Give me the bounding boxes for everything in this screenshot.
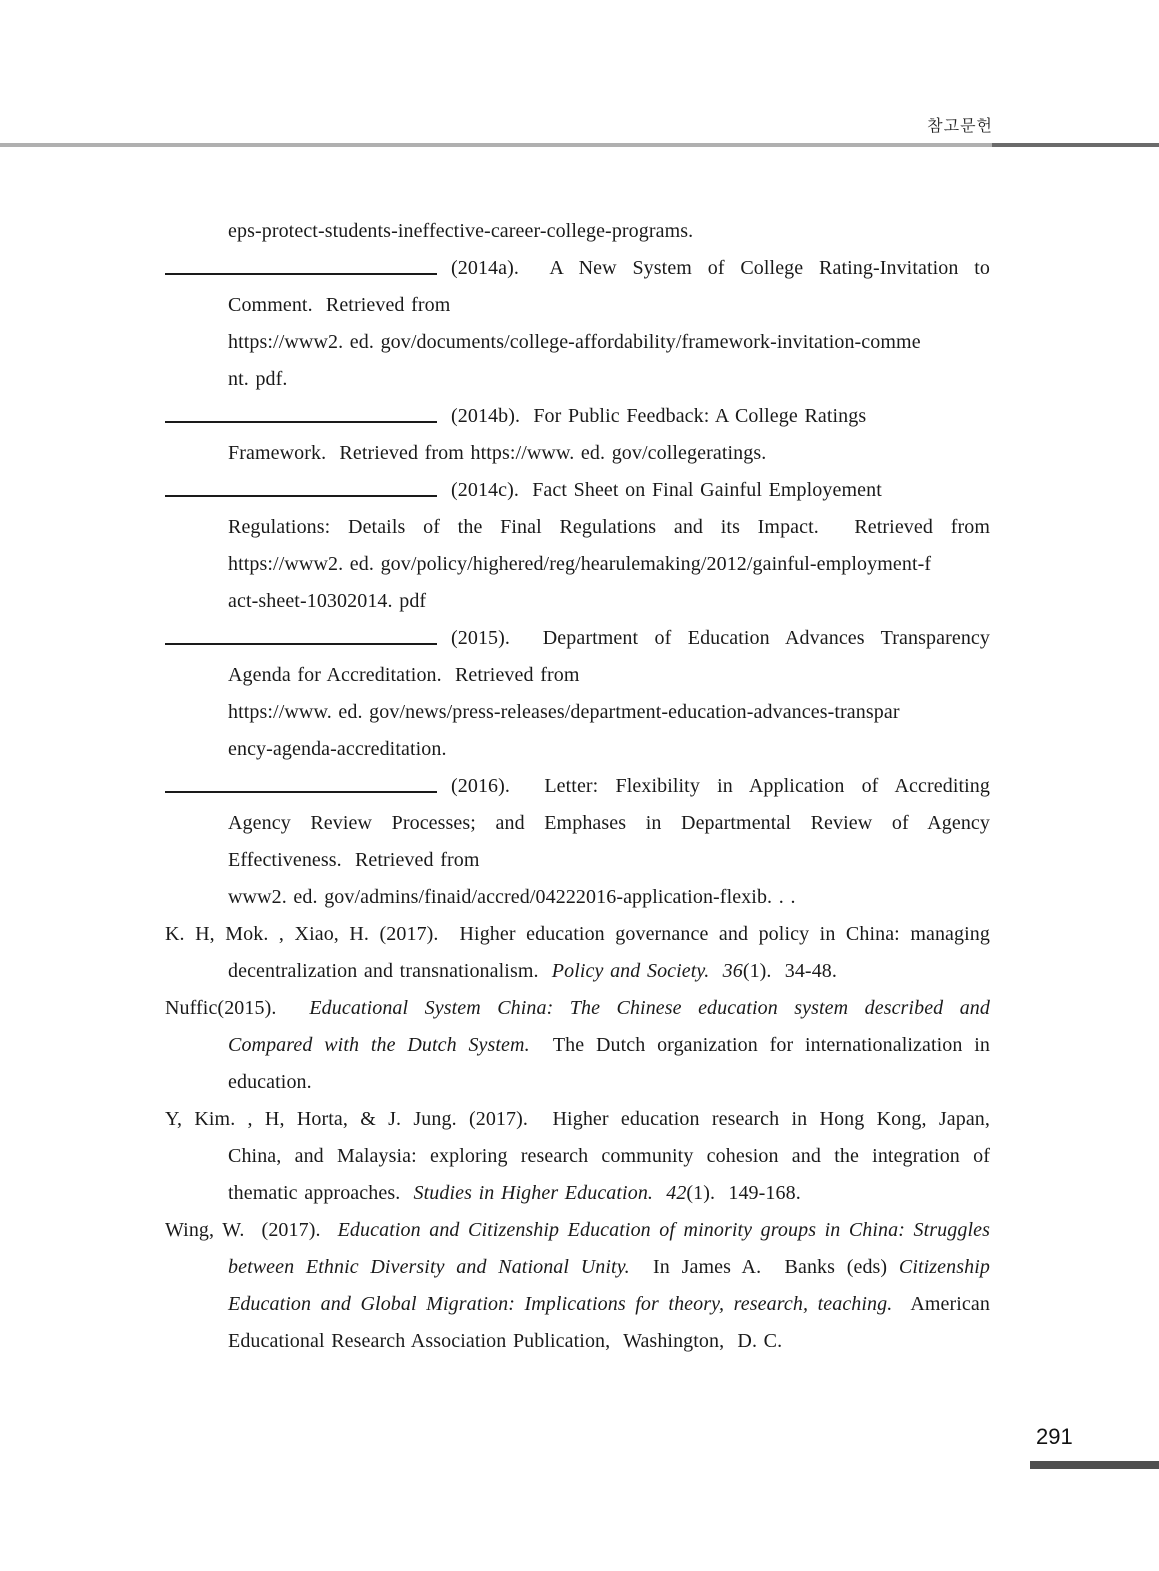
reference-text: Agency Review Processes; and Emphases in…	[228, 812, 990, 834]
reference-line: Agency Review Processes; and Emphases in…	[228, 805, 990, 842]
references-list: eps-protect-students-ineffective-career-…	[165, 213, 990, 1360]
reference-text: (2016). Letter: Flexibility in Applicati…	[451, 775, 990, 797]
author-blank-underline	[165, 421, 437, 423]
reference-line: nt. pdf.	[228, 361, 990, 398]
reference-line: ency-agenda-accreditation.	[228, 731, 990, 768]
reference-text: Framework. Retrieved from https://www. e…	[228, 442, 766, 464]
reference-text: https://www2. ed. gov/policy/highered/re…	[228, 553, 931, 575]
reference-line: eps-protect-students-ineffective-career-…	[228, 213, 990, 250]
header-rule-dark-segment	[992, 143, 1159, 147]
reference-title-italic: Education and Citizenship Education of m…	[338, 1219, 990, 1241]
author-blank-underline	[165, 273, 437, 275]
reference-text: Comment. Retrieved from	[228, 294, 450, 316]
reference-text: Effectiveness. Retrieved from	[228, 849, 479, 871]
reference-line: Wing, W. (2017). Education and Citizensh…	[165, 1212, 990, 1249]
reference-line: Agenda for Accreditation. Retrieved from	[228, 657, 990, 694]
reference-text: Y, Kim. , H, Horta, & J. Jung. (2017). H…	[165, 1108, 990, 1130]
reference-line: Educational Research Association Publica…	[228, 1323, 990, 1360]
reference-line: Nuffic(2015). Educational System China: …	[165, 990, 990, 1027]
author-blank-underline	[165, 791, 437, 793]
header-section-title: 참고문헌	[927, 113, 993, 136]
reference-text: education.	[228, 1071, 312, 1093]
reference-line: (2014a). A New System of College Rating-…	[165, 250, 990, 287]
reference-text: act-sheet-10302014. pdf	[228, 590, 426, 612]
reference-line: https://www2. ed. gov/policy/highered/re…	[228, 546, 990, 583]
reference-line: Effectiveness. Retrieved from	[228, 842, 990, 879]
reference-text: thematic approaches.	[228, 1182, 414, 1204]
reference-line: Regulations: Details of the Final Regula…	[228, 509, 990, 546]
reference-line: between Ethnic Diversity and National Un…	[228, 1249, 990, 1286]
reference-text: K. H, Mok. , Xiao, H. (2017). Higher edu…	[165, 923, 990, 945]
reference-line: (2014b). For Public Feedback: A College …	[165, 398, 990, 435]
reference-line: Education and Global Migration: Implicat…	[228, 1286, 990, 1323]
reference-text: (2014c). Fact Sheet on Final Gainful Emp…	[451, 479, 882, 501]
header-rule-light-segment	[0, 143, 992, 147]
reference-text: www2. ed. gov/admins/finaid/accred/04222…	[228, 886, 796, 908]
reference-line: (2015). Department of Education Advances…	[165, 620, 990, 657]
reference-line: China, and Malaysia: exploring research …	[228, 1138, 990, 1175]
reference-text: ency-agenda-accreditation.	[228, 738, 447, 760]
reference-title-italic: Educational System China: The Chinese ed…	[309, 997, 990, 1019]
reference-title-italic: between Ethnic Diversity and National Un…	[228, 1256, 630, 1278]
reference-line: (2016). Letter: Flexibility in Applicati…	[165, 768, 990, 805]
reference-line: K. H, Mok. , Xiao, H. (2017). Higher edu…	[165, 916, 990, 953]
reference-text: Wing, W. (2017).	[165, 1219, 338, 1241]
reference-text: China, and Malaysia: exploring research …	[228, 1145, 990, 1167]
reference-line: act-sheet-10302014. pdf	[228, 583, 990, 620]
reference-title-italic: Policy and Society. 36	[552, 960, 743, 982]
reference-text: (1). 34-48.	[743, 960, 837, 982]
reference-line: decentralization and transnationalism. P…	[228, 953, 990, 990]
document-page: 참고문헌 eps-protect-students-ineffective-ca…	[0, 0, 1159, 1571]
page-number: 291	[1036, 1424, 1073, 1450]
author-blank-underline	[165, 643, 437, 645]
reference-title-italic: Compared with the Dutch System.	[228, 1034, 530, 1056]
reference-text: (1). 149-168.	[686, 1182, 800, 1204]
reference-line: Y, Kim. , H, Horta, & J. Jung. (2017). H…	[165, 1101, 990, 1138]
reference-line: Compared with the Dutch System. The Dutc…	[228, 1027, 990, 1064]
reference-text: decentralization and transnationalism.	[228, 960, 552, 982]
reference-line: (2014c). Fact Sheet on Final Gainful Emp…	[165, 472, 990, 509]
reference-text: eps-protect-students-ineffective-career-…	[228, 220, 693, 242]
reference-line: education.	[228, 1064, 990, 1101]
reference-text: (2014b). For Public Feedback: A College …	[451, 405, 866, 427]
reference-text: Educational Research Association Publica…	[228, 1330, 782, 1352]
reference-text: https://www2. ed. gov/documents/college-…	[228, 331, 921, 353]
reference-text: (2015). Department of Education Advances…	[451, 627, 990, 649]
reference-text: The Dutch organization for international…	[530, 1034, 990, 1056]
footer-bar	[1030, 1461, 1159, 1469]
reference-text: In James A. Banks (eds)	[630, 1256, 899, 1278]
reference-title-italic: Education and Global Migration: Implicat…	[228, 1293, 892, 1315]
reference-line: Framework. Retrieved from https://www. e…	[228, 435, 990, 472]
author-blank-underline	[165, 495, 437, 497]
reference-text: Agenda for Accreditation. Retrieved from	[228, 664, 579, 686]
reference-text: (2014a). A New System of College Rating-…	[451, 257, 990, 279]
reference-title-italic: Studies in Higher Education. 42	[414, 1182, 687, 1204]
reference-text: American	[892, 1293, 990, 1315]
reference-line: Comment. Retrieved from	[228, 287, 990, 324]
reference-title-italic: Citizenship	[899, 1256, 990, 1278]
reference-line: thematic approaches. Studies in Higher E…	[228, 1175, 990, 1212]
reference-text: Nuffic(2015).	[165, 997, 309, 1019]
reference-text: https://www. ed. gov/news/press-releases…	[228, 701, 900, 723]
reference-line: www2. ed. gov/admins/finaid/accred/04222…	[228, 879, 990, 916]
reference-text: nt. pdf.	[228, 368, 288, 390]
reference-line: https://www2. ed. gov/documents/college-…	[228, 324, 990, 361]
reference-line: https://www. ed. gov/news/press-releases…	[228, 694, 990, 731]
reference-text: Regulations: Details of the Final Regula…	[228, 516, 990, 538]
